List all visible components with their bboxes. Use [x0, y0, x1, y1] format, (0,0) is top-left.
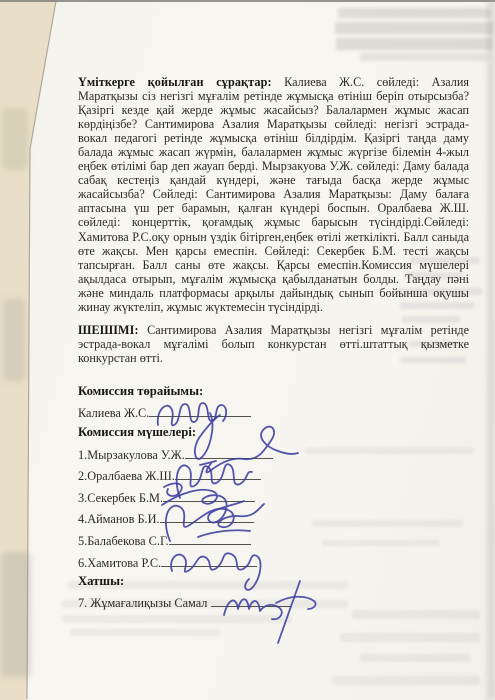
scan-right-shadow [487, 0, 495, 700]
ghost-text [340, 633, 480, 642]
member-name: 6.Хамитова Р.С. [78, 556, 161, 570]
chair-heading: Комиссия төрайымы: [78, 384, 469, 399]
document-content: Үміткерге қойылған сұрақтар: Калиева Ж.С… [78, 75, 469, 610]
member-signature-row: 6.Хамитова Р.С. [78, 555, 469, 570]
chair-name: Калиева Ж.С. [78, 406, 149, 420]
scan-smudge [1, 552, 31, 677]
scan-smudge [3, 298, 25, 382]
chair-signature-row: Калиева Ж.С. [78, 405, 469, 420]
scan-smudge [335, 22, 493, 34]
scan-smudge [336, 38, 492, 50]
scan-smudge [2, 108, 28, 170]
member-name: 3.Секербек Б.М. [78, 491, 163, 505]
scan-top-border [0, 0, 495, 2]
questions-body: Калиева Ж.С. сөйледі: Азалия Маратқызы с… [78, 75, 469, 314]
signature-zhumagalikyzy-ink [218, 579, 333, 649]
member-signature-row: 1.Мырзакулова У.Ж. [78, 447, 469, 462]
decision-lead: ШЕШІМІ: [78, 323, 139, 337]
ghost-text [332, 676, 480, 685]
questions-paragraph: Үміткерге қойылған сұрақтар: Калиева Ж.С… [78, 75, 469, 314]
ghost-text [360, 654, 470, 662]
member-signature-row: 4.Айманов Б.И. [78, 511, 469, 526]
member-name: 5.Балабекова С.Г. [78, 534, 169, 548]
decision-paragraph: ШЕШІМІ: Сантимирова Азалия Маратқызы нег… [78, 323, 469, 365]
scan-smudge [338, 8, 490, 18]
secretary-signature-row: 7. Жұмағалиқызы Самал [78, 595, 469, 610]
ghost-text [352, 610, 480, 619]
member-name: 4.Айманов Б.И. [78, 512, 160, 526]
member-signature-row: 3.Секербек Б.М. [78, 490, 469, 505]
scan-smudge [360, 53, 488, 61]
ghost-text [70, 629, 220, 636]
questions-lead: Үміткерге қойылған сұрақтар: [78, 75, 272, 89]
scanned-document: { "scan": { "paper_color": "#f7f5f0", "b… [0, 0, 495, 700]
